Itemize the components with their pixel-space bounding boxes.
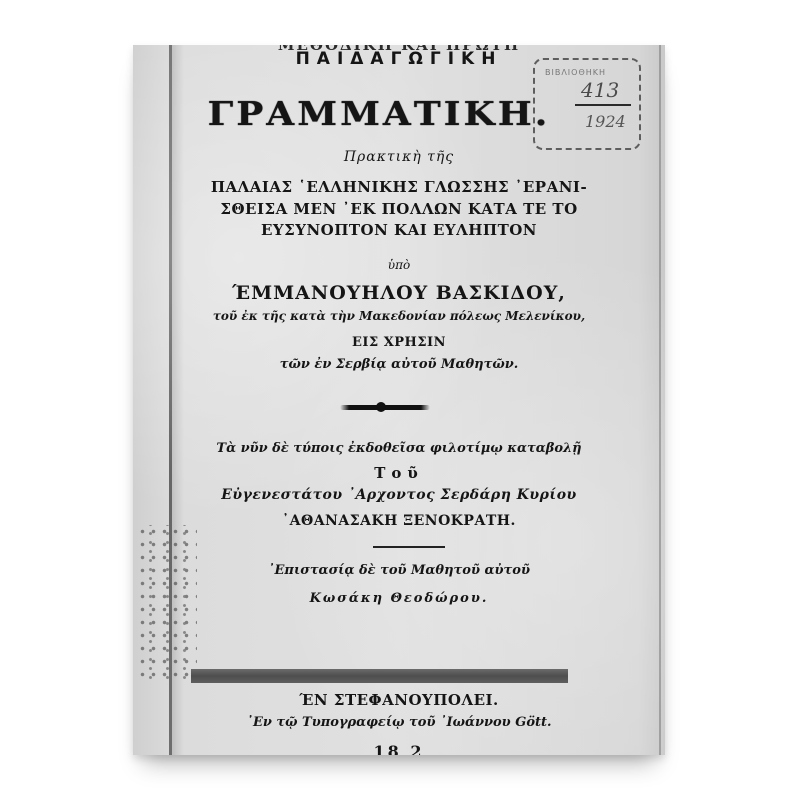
praktike-line: Πρακτικὴ τῆς (133, 149, 665, 165)
students-line: τῶν ἐν Σερβίᾳ αὐτοῦ Μαθητῶν. (133, 357, 665, 372)
description-line-2: ΣΘΕΙΣΑ ΜΕΝ ᾿ΕΚ ΠΟΛΛΩΝ ΚΑΤΑ ΤΕ ΤΟ (133, 200, 665, 218)
supervisor-name: Κωσάκη Θεοδώρου. (133, 591, 665, 606)
by-line: ὑπὸ (133, 258, 665, 272)
for-use-line: ΕΙΣ ΧΡΗΣΙΝ (133, 335, 665, 350)
patron-title: Εὐγενεστάτου ᾿Αρχοντος Σερδάρη Κυρίου (133, 487, 665, 503)
printing-press: ᾿Εν τῷ Τυπογραφείῳ τοῦ ᾿Ιωάννου Gött. (133, 715, 665, 730)
author-name: ΈΜΜΑΝΟΥΗΛΟΥ ΒΑΣΚΙΔΟΥ, (133, 282, 665, 304)
description-line-1: ΠΑΛΑΙΑΣ ῾ΕΛΛΗΝΙΚΗΣ ΓΛΩΣΣΗΣ ᾿ΕΡΑΝΙ- (133, 178, 665, 196)
publication-year-partial: 18 2 (133, 742, 665, 755)
patron-name: ᾿ΑΘΑΝΑΣΑΚΗ ΞΕΝΟΚΡΑΤΗ. (133, 513, 665, 529)
description-line-3: ΕΥΣΥΝΟΠΤΟΝ ΚΑΙ ΕΥΛΗΠΤΟΝ (133, 221, 665, 239)
short-rule-divider (373, 546, 445, 548)
thick-rule-bar (191, 669, 568, 683)
patron-article: Τοῦ (133, 464, 665, 482)
author-origin: τοῦ ἐκ τῆς κατὰ τὴν Μακεδονίαν πόλεως Με… (133, 309, 665, 323)
patron-intro: Τὰ νῦν δὲ τύποις ἐκδοθεῖσα φιλοτίμῳ κατα… (133, 441, 665, 456)
subtitle-caps: ΠΑΙΔΑΓΩΓΙΚΗ (133, 49, 665, 69)
book-title-page-poster: ΒΙΒΛΙΟΘΗΚΗ 413 1924 ΜΕΘΟΔΙΚΗ ΚΑΙ ΠΡΩΤΗ Π… (133, 45, 665, 755)
supervision-line: ᾿Επιστασίᾳ δὲ τοῦ Μαθητοῦ αὐτοῦ (133, 563, 665, 578)
stamp-header: ΒΙΒΛΙΟΘΗΚΗ (545, 68, 606, 77)
publication-place: ΈΝ ΣΤΕΦΑΝΟΥΠΟΛΕΙ. (133, 691, 665, 709)
ornamental-divider-center (376, 402, 386, 412)
main-title: ΓΡΑΜΜΑΤΙΚΗ. (133, 95, 645, 133)
